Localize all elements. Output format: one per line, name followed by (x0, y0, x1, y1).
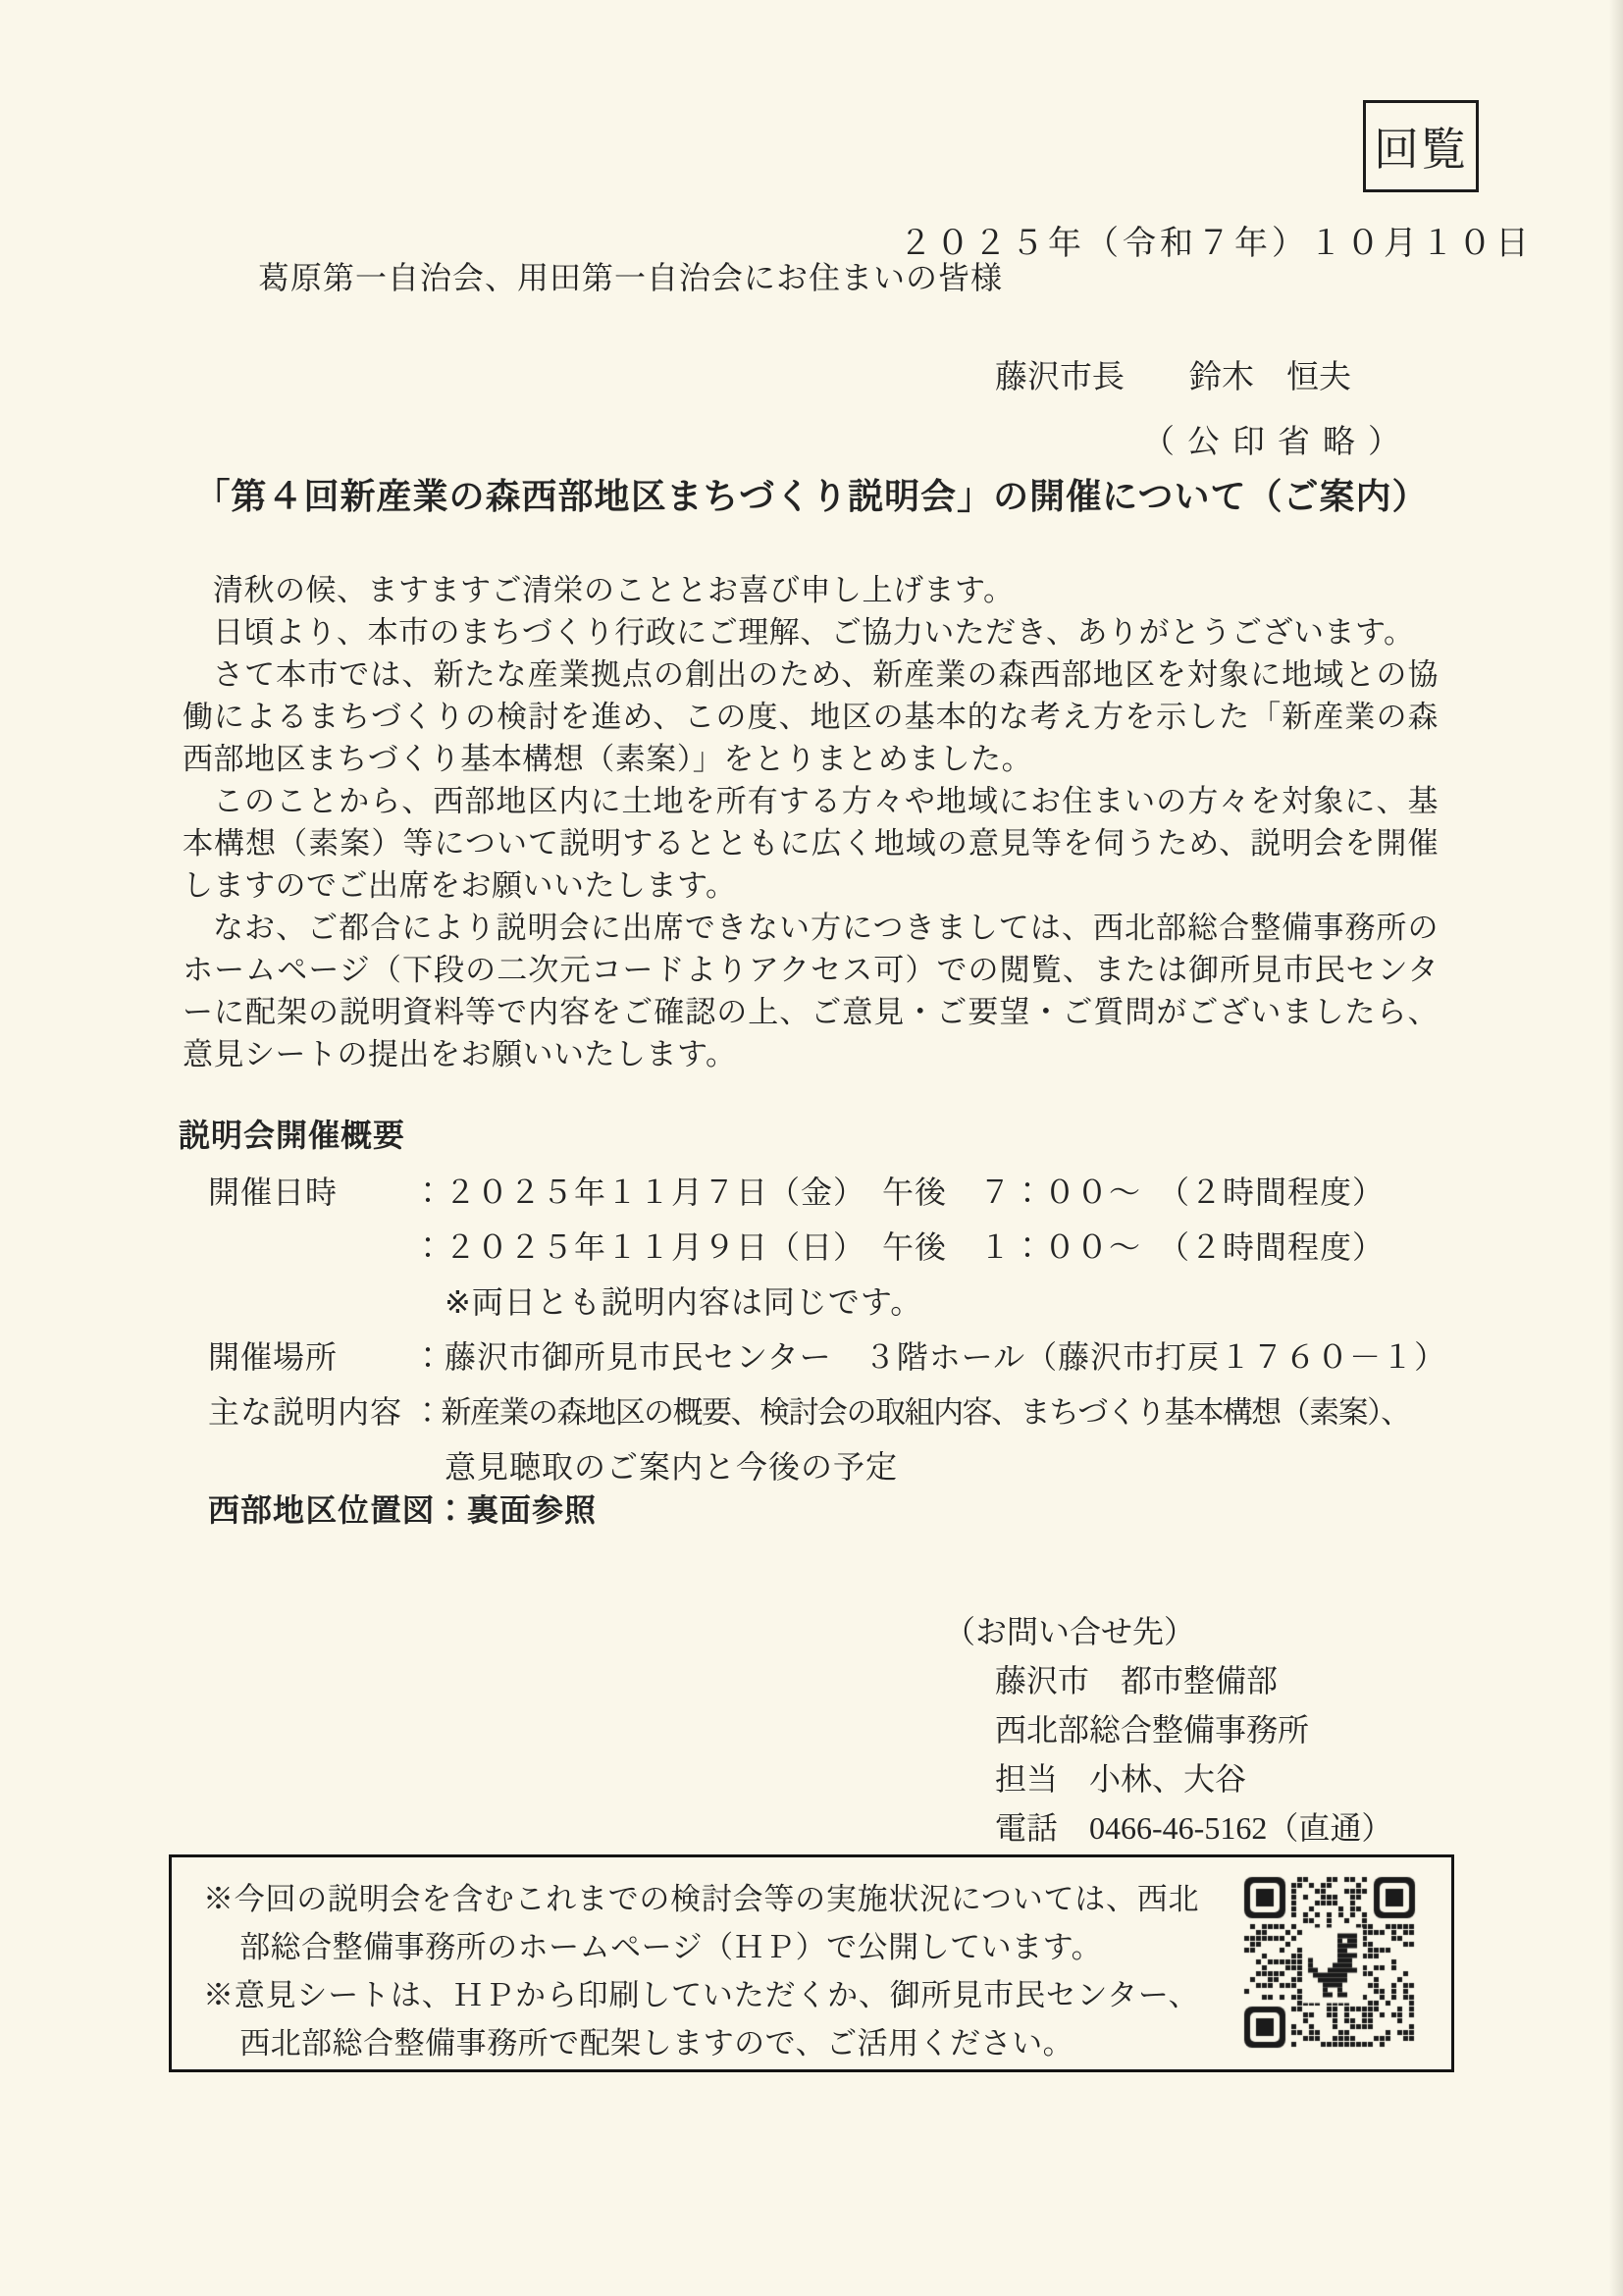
footer-notice-box: ※今回の説明会を含むこれまでの検討会等の実施状況については、西北部総合整備事務所… (169, 1854, 1454, 2072)
sender-block: 藤沢市長 鈴木 恒夫 （公印省略） (995, 345, 1413, 475)
contact-lines: 藤沢市 都市整備部 西北部総合整備事務所 担当 小林、大谷 電話 0466-46… (995, 1656, 1392, 1852)
circulation-stamp: 回覧 (1363, 100, 1479, 192)
letter-page: 回覧 ２０２５年（令和７年）１０月１０日 葛原第一自治会、用田第一自治会にお住ま… (0, 0, 1623, 2296)
overview-row-value: 意見聴取のご案内と今後の予定 (412, 1442, 898, 1487)
body-paragraph: このことから、西部地区内に土地を所有する方々や地域にお住まいの方々を対象に、基本… (183, 780, 1439, 907)
footer-notes: ※今回の説明会を含むこれまでの検討会等の実施状況については、西北部総合整備事務所… (203, 1875, 1199, 2067)
contact-block: （お問い合せ先） 藤沢市 都市整備部 西北部総合整備事務所 担当 小林、大谷 電… (944, 1607, 1392, 1852)
qr-code (1241, 1874, 1424, 2057)
overview-row-label: 開催日時 (208, 1168, 412, 1213)
overview-heading: 説明会開催概要 (179, 1111, 405, 1156)
body-paragraph: さて本市では、新たな産業拠点の創出のため、新産業の森西部地区を対象に地域との協働… (183, 653, 1439, 780)
addressee-line: 葛原第一自治会、用田第一自治会にお住まいの皆様 (258, 253, 1003, 298)
overview-row: ※両日とも説明内容は同じです。 (208, 1278, 1513, 1332)
overview-row-value: ：２０２５年１１月９日（日） 午後 １：００～ （２時間程度） (412, 1223, 1385, 1268)
footer-note: ※今回の説明会を含むこれまでの検討会等の実施状況については、西北部総合整備事務所… (203, 1875, 1199, 1971)
overview-row: 開催日時 ：２０２５年１１月７日（金） 午後 ７：００～ （２時間程度） (208, 1168, 1513, 1223)
contact-heading: （お問い合せ先） (944, 1607, 1392, 1656)
overview-row-label: 主な説明内容 (208, 1387, 412, 1433)
contact-line: 担当 小林、大谷 (995, 1754, 1392, 1803)
overview-row: 開催場所 ：藤沢市御所見市民センター ３階ホール（藤沢市打戻１７６０－１） (208, 1332, 1513, 1387)
contact-line: 電話 0466-46-5162（直通） (995, 1803, 1392, 1852)
circulation-stamp-label: 回覧 (1374, 114, 1468, 179)
overview-row: 主な説明内容 ：新産業の森地区の概要、検討会の取組内容、まちづくり基本構想（素案… (208, 1387, 1513, 1442)
overview-rows: 開催日時 ：２０２５年１１月７日（金） 午後 ７：００～ （２時間程度） ：２０… (208, 1168, 1513, 1497)
qr-code-canvas (1241, 1874, 1424, 2057)
overview-row-value: ※両日とも説明内容は同じです。 (412, 1278, 922, 1323)
overview-row: ：２０２５年１１月９日（日） 午後 １：００～ （２時間程度） (208, 1223, 1513, 1278)
seal-omitted-note: （公印省略） (1142, 410, 1413, 475)
body-paragraph: 日頃より、本市のまちづくり行政にご理解、ご協力いただき、ありがとうございます。 (183, 611, 1439, 653)
document-title: 「第４回新産業の森西部地区まちづくり説明会」の開催について（ご案内） (0, 469, 1623, 519)
overview-row-value: ：２０２５年１１月７日（金） 午後 ７：００～ （２時間程度） (412, 1168, 1385, 1213)
body-paragraphs: 清秋の候、ますますご清栄のこととお喜び申し上げます。 日頃より、本市のまちづくり… (183, 569, 1439, 1075)
location-map-note: 西部地区位置図：裏面参照 (208, 1486, 597, 1531)
contact-line: 西北部総合整備事務所 (995, 1705, 1392, 1754)
overview-row-value: ：新産業の森地区の概要、検討会の取組内容、まちづくり基本構想（素案）、 (412, 1387, 1410, 1432)
body-paragraph: 清秋の候、ますますご清栄のこととお喜び申し上げます。 (183, 569, 1439, 611)
scan-edge-shadow (1609, 0, 1623, 2296)
body-paragraph: なお、ご都合により説明会に出席できない方につきましては、西北部総合整備事務所のホ… (183, 907, 1439, 1075)
overview-row-value: ：藤沢市御所見市民センター ３階ホール（藤沢市打戻１７６０－１） (412, 1332, 1446, 1378)
footer-note: ※意見シートは、ＨＰから印刷していただくか、御所見市民センター、西北部総合整備事… (203, 1971, 1199, 2067)
contact-line: 藤沢市 都市整備部 (995, 1656, 1392, 1705)
sender-name: 藤沢市長 鈴木 恒夫 (995, 360, 1351, 395)
overview-row-label: 開催場所 (208, 1332, 412, 1378)
